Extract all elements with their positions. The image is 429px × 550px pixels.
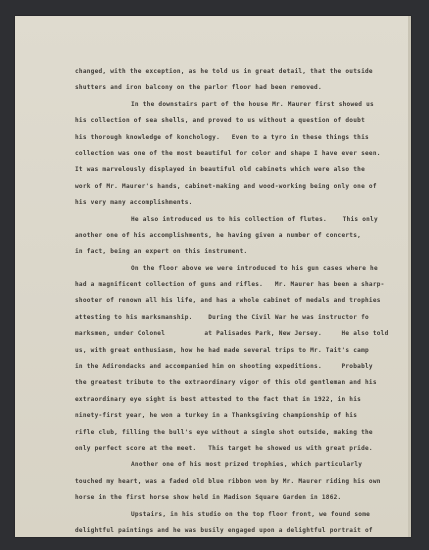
text-line: in the Adirondacks and accompanied him o… [75,359,405,375]
text-line: rifle club, filling the bull's eye witho… [75,425,405,441]
text-line: work of Mr. Maurer's hands, cabinet-maki… [75,179,405,195]
text-line: in fact, being an expert on this instrum… [75,244,405,260]
paragraph-first-line: Another one of his most prized trophies,… [75,457,405,473]
text-line: delightful paintings and he was busily e… [75,523,405,539]
text-line: the greatest tribute to the extraordinar… [75,375,405,391]
paragraph-first-line: In the downstairs part of the house Mr. … [75,97,405,113]
text-line: collection was one of the most beautiful… [75,146,405,162]
text-line: changed, with the exception, as he told … [75,64,405,80]
text-line: his thorough knowledge of konchology. Ev… [75,130,405,146]
text-line: his very many accomplishments. [75,195,405,211]
text-line: extraordinary eye sight is best attested… [75,392,405,408]
paragraph-first-line: On the floor above we were introduced to… [75,261,405,277]
text-line: only perfect score at the meet. This tar… [75,441,405,457]
text-line: us, with great enthusiasm, how he had ma… [75,343,405,359]
text-line: shooter of renown all his life, and has … [75,293,405,309]
text-line: another one of his accomplishments, he h… [75,228,405,244]
text-line: had a magnificent collection of guns and… [75,277,405,293]
paragraph-first-line: He also introduced us to his collection … [75,212,405,228]
text-line: touched my heart, was a faded old blue r… [75,474,405,490]
paragraph-first-line: Upstairs, in his studio on the top floor… [75,507,405,523]
document-body: changed, with the exception, as he told … [75,64,405,539]
text-line: ninety-first year, he won a turkey in a … [75,408,405,424]
text-line: attesting to his marksmanship. During th… [75,310,405,326]
text-line: horse in the first horse show held in Ma… [75,490,405,506]
text-line: marksmen, under Colonel at Palisades Par… [75,326,405,342]
text-line: It was marvelously displayed in beautifu… [75,162,405,178]
text-line: his collection of sea shells, and proved… [75,113,405,129]
text-line: shutters and iron balcony on the parlor … [75,80,405,96]
typewritten-page: changed, with the exception, as he told … [15,16,411,537]
